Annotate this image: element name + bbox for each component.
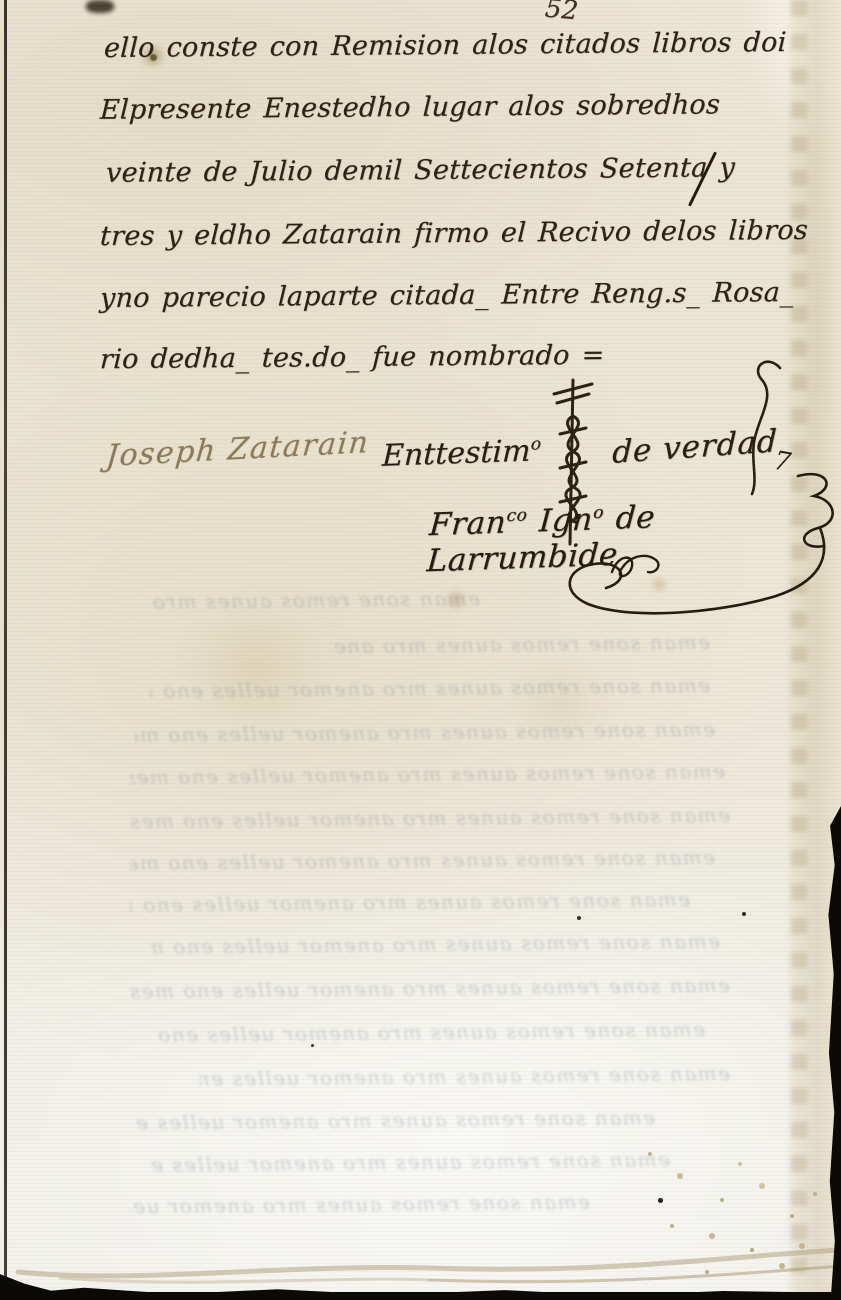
bleedthrough-line: eman sone remos aunes mro anemor uelles … [135, 717, 715, 749]
manuscript-line: yno parecio laparte citada_ Entre Reng.s… [99, 277, 794, 314]
notary-flourish-icon [536, 462, 841, 634]
bleedthrough-line: eman sone remos aunes mro anemor uelles … [130, 973, 730, 1005]
notary-first-sup: co [506, 505, 528, 526]
manuscript-line: Elpresente Enestedho lugar alos sobredho… [99, 89, 720, 125]
paper-page: eman sone remos aunes mro anemor uelles … [0, 0, 841, 1292]
folio-number: 52 [544, 0, 580, 26]
bleedthrough-line: eman sone remos aunes mro anemor uelles … [200, 1061, 730, 1093]
bleedthrough-line: eman sone remos aunes mro anemor uelles … [130, 845, 715, 877]
attestation-word: Enttestim [381, 434, 531, 474]
bleedthrough-line: eman sone remos aunes mro anemor uelles … [330, 630, 710, 660]
bleedthrough-line: eman sone remos aunes mro anemor uelles … [150, 1017, 705, 1049]
bleedthrough-line: eman sone remos aunes mro anemor uelles … [130, 759, 725, 791]
manuscript-line: ello conste con Remision alos citados li… [103, 27, 787, 64]
bleedthrough-line: eman sone remos aunes mro anemor uelles … [135, 1105, 655, 1136]
attestation-text: Enttestimo [381, 433, 541, 474]
notary-first-name: Fran [428, 504, 507, 543]
manuscript-line: rio dedha_ tes.do_ fue nombrado = [99, 340, 605, 375]
manuscript-line: tres y eldho Zatarain firmo el Recivo de… [99, 215, 808, 252]
manuscript-line: veinte de Julio demil Settecientos Seten… [105, 152, 735, 189]
bleedthrough-line: eman sone remos aunes mro anemor uelles … [130, 1190, 590, 1221]
bleedthrough-line: eman sone remos aunes mro anemor uelles … [150, 586, 480, 615]
bleedthrough-line: eman sone remos aunes mro anemor uelles … [130, 887, 690, 919]
bleedthrough-layer: eman sone remos aunes mro anemor uelles … [0, 0, 841, 1292]
manuscript-scan: eman sone remos aunes mro anemor uelles … [0, 0, 841, 1300]
bleedthrough-line: eman sone remos aunes mro anemor uelles … [130, 803, 730, 835]
bleedthrough-line: eman sone remos aunes mro anemor uelles … [150, 929, 720, 961]
bleedthrough-line: eman sone remos aunes mro anemor uelles … [150, 673, 710, 705]
bleedthrough-line: eman sone remos aunes mro anemor uelles … [150, 1147, 670, 1178]
paper-crease [0, 1232, 841, 1294]
